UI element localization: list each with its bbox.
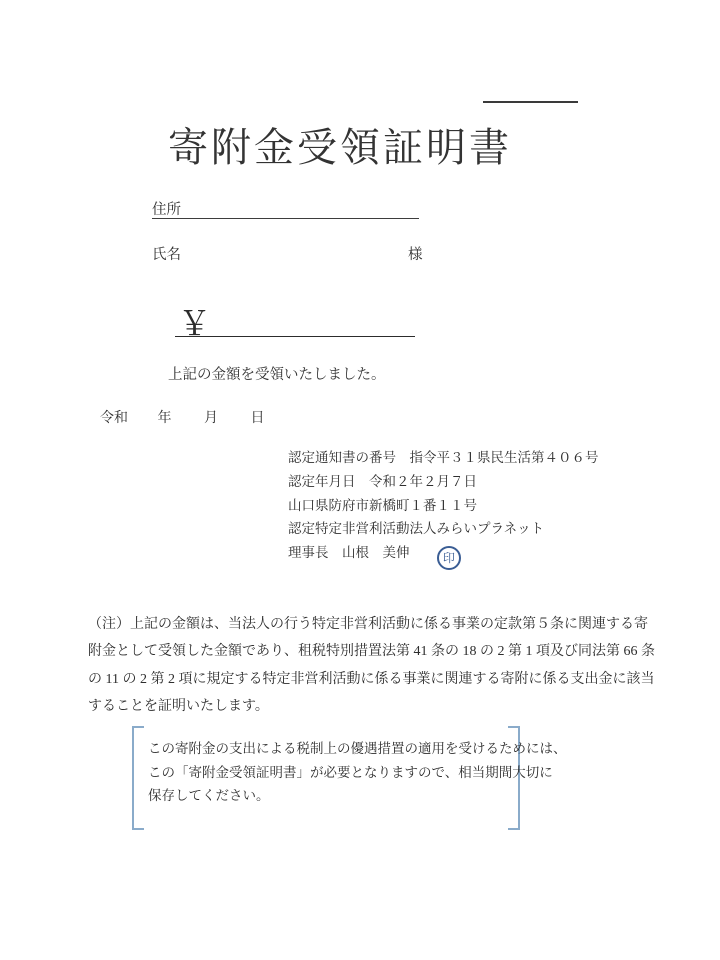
issuer-representative-name: 理事長 山根 美伸 [288,545,410,560]
issuer-certification-date: 認定年月日 令和２年２月７日 [288,470,599,494]
retention-notice-line: この「寄附金受領証明書」が必要となりますので、相当期間大切に [148,761,567,785]
address-label: 住所 [152,202,181,218]
retention-notice-text: この寄附金の支出による税制上の優遇措置の適用を受けるためには、 この「寄附金受領… [148,737,567,808]
issuer-address: 山口県防府市新橋町１番１１号 [288,494,599,518]
address-field: 住所 [152,198,419,219]
amount-blank-line [175,336,415,337]
name-field: 氏名 [152,243,181,264]
honorific-label: 様 [408,243,423,264]
date-era-label: 令和 [100,407,128,427]
legal-note-paragraph: （注）上記の金額は、当法人の行う特定非営利活動に係る事業の定款第５条に関連する寄… [88,611,655,720]
name-label: 氏名 [152,247,181,263]
legal-note-line: （注）上記の金額は、当法人の行う特定非営利活動に係る事業の定款第５条に関連する寄 [88,611,655,638]
retention-notice-box: この寄附金の支出による税制上の優遇措置の適用を受けるためには、 この「寄附金受領… [132,726,520,830]
issuer-representative: 理事長 山根 美伸 印 [288,541,599,565]
legal-note-line: の 11 の 2 第 2 項に規定する特定非営利活動に係る事業に関連する寄附に係… [88,666,655,693]
legal-note-line: することを証明いたします。 [88,693,655,720]
issuer-certification-number: 認定通知書の番号 指令平３１県民生活第４０６号 [288,446,599,470]
receipt-statement: 上記の金額を受領いたしました。 [168,363,386,384]
date-day-label: 日 [251,407,265,427]
document-title: 寄附金受領証明書 [168,116,512,173]
retention-notice-line: この寄附金の支出による税制上の優遇措置の適用を受けるためには、 [148,737,567,761]
legal-note-line: 附金として受領した金額であり、租税特別措置法第 41 条の 18 の 2 第 1… [88,638,655,665]
blank-reference-line [483,101,578,103]
date-year-label: 年 [158,407,172,427]
yen-currency-symbol: ￥ [178,298,211,345]
date-month-label: 月 [204,407,218,427]
issuer-block: 認定通知書の番号 指令平３１県民生活第４０６号 認定年月日 令和２年２月７日 山… [288,446,599,565]
date-line: 令和 年 月 日 [100,407,265,427]
left-bracket-decoration [132,726,144,830]
retention-notice-line: 保存してください。 [148,784,567,808]
issuer-organization-name: 認定特定非営利活動法人みらいプラネット [288,517,599,541]
seal-stamp-icon: 印 [437,546,461,570]
